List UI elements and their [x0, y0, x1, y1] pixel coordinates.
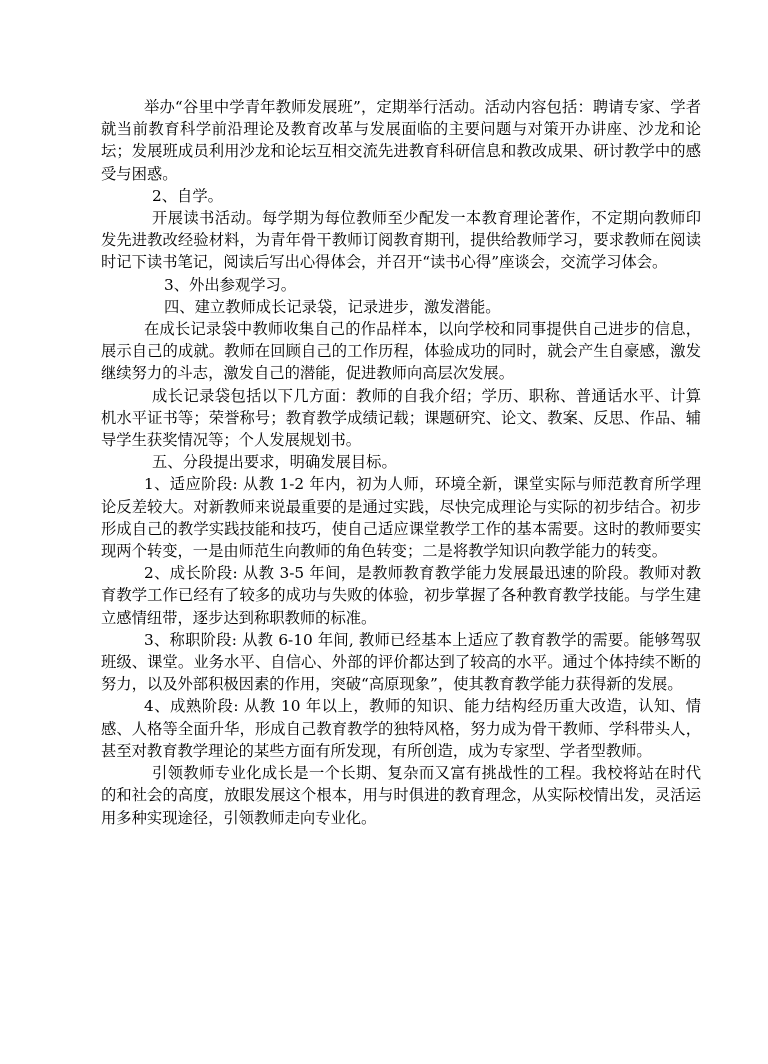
document-body: 举办“谷里中学青年教师发展班”，定期举行活动。活动内容包括：聘请专家、学者就当前… [101, 96, 701, 829]
heading-section-4-growth-portfolio: 四、建立教师成长记录袋，记录进步，激发潜能。 [101, 296, 701, 318]
para-stage-1-adaptation: 1、适应阶段: 从教 1-2 年内，初为人师，环境全新，课堂实际与师范教育所学理… [101, 473, 701, 562]
para-conclusion: 引领教师专业化成长是一个长期、复杂而又富有挑战性的工程。我校将站在时代的和社会的… [101, 762, 701, 829]
document-page: 举办“谷里中学青年教师发展班”，定期举行活动。活动内容包括：聘请专家、学者就当前… [0, 0, 768, 1064]
para-stage-2-growth: 2、成长阶段: 从教 3-5 年间，是教师教育教学能力发展最迅速的阶段。教师对教… [101, 562, 701, 629]
para-portfolio-purpose: 在成长记录袋中教师收集自己的作品样本，以向学校和同事提供自己进步的信息，展示自己… [101, 318, 701, 385]
item-2-self-study: 2、自学。 [101, 185, 701, 207]
heading-section-5-staged-goals: 五、分段提出要求，明确发展目标。 [101, 451, 701, 473]
para-reading-activity: 开展读书活动。每学期为每位教师至少配发一本教育理论著作，不定期向教师印发先进教改… [101, 207, 701, 274]
item-3-field-visit-study: 3、外出参观学习。 [101, 274, 701, 296]
para-stage-4-maturity: 4、成熟阶段: 从教 10 年以上，教师的知识、能力结构经历重大改造，认知、情感… [101, 695, 701, 762]
para-portfolio-contents: 成长记录袋包括以下几方面：教师的自我介绍；学历、职称、普通话水平、计算机水平证书… [101, 385, 701, 452]
para-teacher-development-class: 举办“谷里中学青年教师发展班”，定期举行活动。活动内容包括：聘请专家、学者就当前… [101, 96, 701, 185]
para-stage-3-competence: 3、称职阶段: 从教 6-10 年间, 教师已经基本上适应了教育教学的需要。能够… [101, 629, 701, 696]
